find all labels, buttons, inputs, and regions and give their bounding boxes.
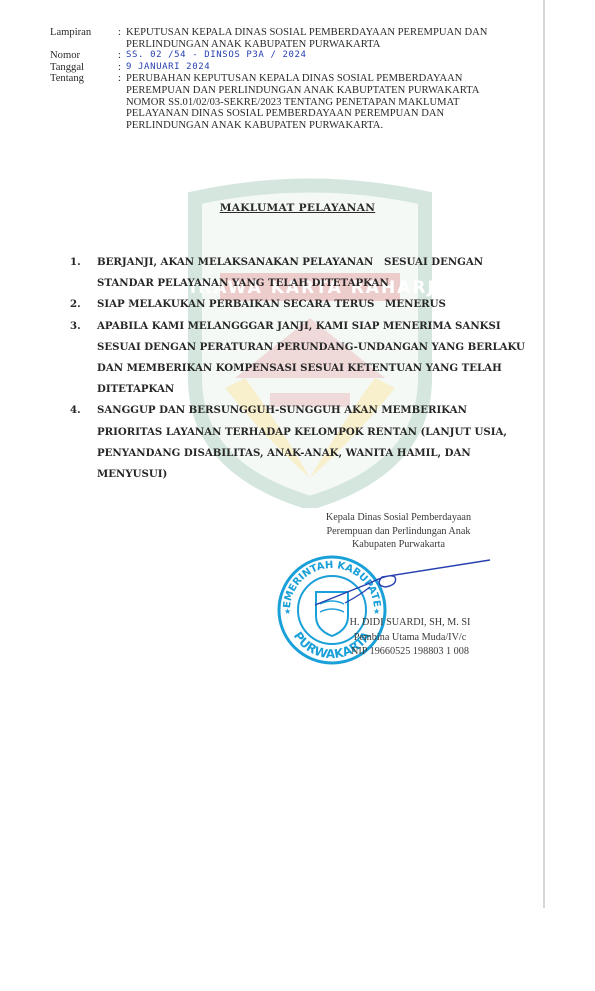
pledge-number: 4. [70, 400, 97, 485]
service-pledge-list: 1.BERJANJI, AKAN MELAKSANAKAN PELAYANAN … [70, 252, 550, 485]
signatory-name: H. DIDI SUARDI, SH, M. SI [300, 616, 520, 631]
pledge-number: 1. [70, 252, 97, 294]
document-header: Lampiran : KEPUTUSAN KEPALA DINAS SOSIAL… [50, 27, 520, 131]
signatory-nip: NIP 19660525 198803 1 008 [300, 645, 520, 660]
signatory-position: Kepala Dinas Sosial Pemberdayaan Perempu… [286, 511, 511, 552]
pledge-item: 4.SANGGUP DAN BERSUNGGUH-SUNGGUH AKAN ME… [70, 400, 550, 485]
pledge-text: SIAP MELAKUKAN PERBAIKAN SECARA TERUS ME… [97, 294, 550, 315]
pledge-text: SANGGUP DAN BERSUNGGUH-SUNGGUH AKAN MEMB… [97, 400, 550, 485]
attachment-label: Lampiran [50, 27, 118, 50]
date-label: Tanggal [50, 62, 118, 74]
number-row: Nomor : SS. 02 /54 - DINSOS P3A / 2024 [50, 50, 520, 62]
subject-value: PERUBAHAN KEPUTUSAN KEPALA DINAS SOSIAL … [126, 73, 520, 131]
subject-label: Tentang [50, 73, 118, 131]
number-label: Nomor [50, 50, 118, 62]
pledge-item: 1.BERJANJI, AKAN MELAKSANAKAN PELAYANAN … [70, 252, 550, 294]
svg-text:★: ★ [284, 607, 291, 616]
subject-row: Tentang : PERUBAHAN KEPUTUSAN KEPALA DIN… [50, 73, 520, 131]
pledge-item: 3.APABILA KAMI MELANGGGAR JANJI, KAMI SI… [70, 316, 550, 401]
pledge-number: 3. [70, 316, 97, 401]
pledge-text: BERJANJI, AKAN MELAKSANAKAN PELAYANAN SE… [97, 252, 550, 294]
signatory-rank: Pembina Utama Muda/IV/c [300, 631, 520, 646]
document-title: MAKLUMAT PELAYANAN [0, 202, 595, 214]
pledge-text: APABILA KAMI MELANGGGAR JANJI, KAMI SIAP… [97, 316, 550, 401]
number-value: SS. 02 /54 - DINSOS P3A / 2024 [126, 50, 520, 62]
pledge-number: 2. [70, 294, 97, 315]
pledge-item: 2.SIAP MELAKUKAN PERBAIKAN SECARA TERUS … [70, 294, 550, 315]
attachment-row: Lampiran : KEPUTUSAN KEPALA DINAS SOSIAL… [50, 27, 520, 50]
date-value: 9 JANUARI 2024 [126, 62, 520, 74]
attachment-value: KEPUTUSAN KEPALA DINAS SOSIAL PEMBERDAYA… [126, 27, 520, 50]
signatory-details: H. DIDI SUARDI, SH, M. SI Pembina Utama … [300, 616, 520, 660]
date-row: Tanggal : 9 JANUARI 2024 [50, 62, 520, 74]
